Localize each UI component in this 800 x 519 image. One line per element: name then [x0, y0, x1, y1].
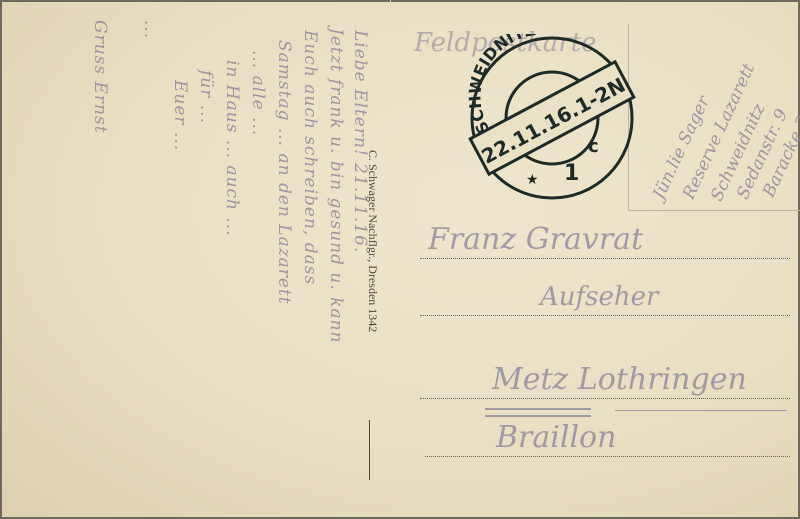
message-line: Samstag ... an den Lazarett [274, 40, 294, 305]
address-line [420, 258, 790, 259]
message-line: ... [140, 20, 160, 39]
svg-text:c: c [588, 136, 599, 157]
underline [485, 408, 591, 410]
underline [485, 415, 591, 417]
message-line: ... alle ... [248, 50, 268, 136]
underline [615, 410, 787, 411]
postmark-date: 22.11.16.1-2N [478, 73, 630, 169]
message-line: in Haus ... auch ... [222, 60, 242, 237]
divider-line [369, 420, 370, 480]
address-name: Franz Gravrat [428, 222, 643, 257]
address-street: Braillon [496, 420, 616, 455]
postcard-back: Liebe Eltern! 21.11.16. Jetzt frank u. b… [0, 0, 800, 519]
address-title: Aufseher [540, 282, 658, 312]
message-signoff: Gruss Ernst [90, 20, 110, 134]
svg-text:1: 1 [564, 161, 579, 186]
sender-box: Jün.lie Sager Reserve Lazarett Schweidni… [628, 24, 800, 211]
address-place: Metz Lothringen [492, 362, 747, 397]
address-line [420, 398, 790, 399]
divider [390, 0, 391, 4]
svg-text:★: ★ [526, 172, 539, 188]
message-line: für ... [196, 70, 216, 124]
message-line: Jetzt frank u. bin gesund u. kann [326, 28, 346, 343]
address-line [420, 315, 790, 316]
message-line: Euer ... [170, 80, 190, 151]
printer-imprint: C. Schwager Nachflgr., Dresden 1342 [365, 150, 380, 332]
message-line: Euch auch schreiben, dass [300, 30, 320, 285]
address-line [425, 456, 790, 457]
postmark-icon: 22.11.16.1-2N SCHWEIDNITZ ★ 1 c [468, 34, 636, 202]
